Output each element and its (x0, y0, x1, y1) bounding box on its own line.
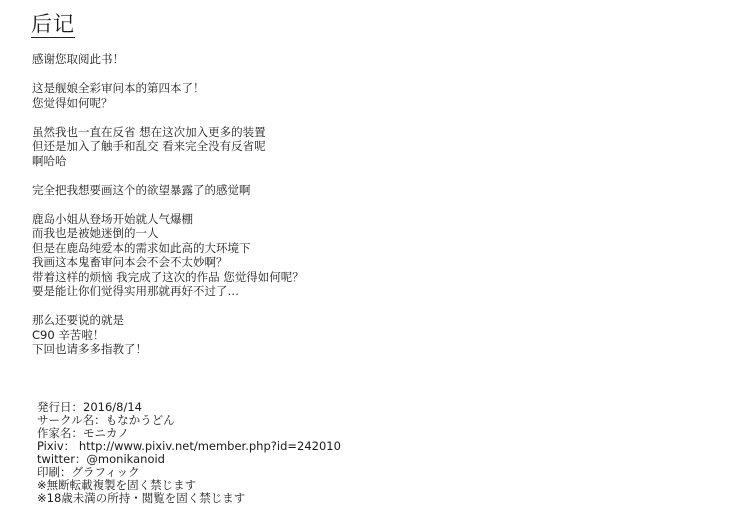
paragraph-closing: 那么还要说的就是 C90 辛苦啦！ 下回也请多多指教了！ (32, 313, 304, 357)
text-line: 但是在鹿岛纯爱本的需求如此高的大环境下 (32, 241, 304, 256)
age-restriction-notice: ※18歳未満の所持・閲覧を固く禁じます (37, 492, 341, 505)
text-line: 鹿岛小姐从登场开始就人气爆棚 (32, 212, 304, 227)
text-line: 要是能让你们觉得实用那就再好不过了… (32, 284, 304, 299)
text-line: 这是舰娘全彩审问本的第四本了！ (32, 81, 304, 96)
text-line: 但还是加入了触手和乱交 看来完全没有反省呢 (32, 139, 304, 154)
paragraph-kashima: 鹿岛小姐从登场开始就人气爆棚 而我也是被她迷倒的一人 但是在鹿岛纯爱本的需求如此… (32, 212, 304, 299)
afterword-body: 感谢您取阅此书！ 这是舰娘全彩审问本的第四本了！ 您觉得如何呢？ 虽然我也一直在… (32, 52, 304, 371)
text-line: 下回也请多多指教了！ (32, 342, 304, 357)
text-line: C90 辛苦啦！ (32, 328, 304, 343)
text-line: 那么还要说的就是 (32, 313, 304, 328)
colophon: 発行日：2016/8/14 サークル名：もなかうどん 作家名：モニカノ Pixi… (37, 401, 341, 505)
text-line: 啊哈哈 (32, 154, 304, 169)
paragraph-reflection: 虽然我也一直在反省 想在这次加入更多的装置 但还是加入了触手和乱交 看来完全没有… (32, 125, 304, 169)
text-line: 虽然我也一直在反省 想在这次加入更多的装置 (32, 125, 304, 140)
text-line: 您觉得如何呢？ (32, 96, 304, 111)
text-line: 我画这本鬼畜审问本会不会不太妙啊？ (32, 255, 304, 270)
text-line: 完全把我想要画这个的欲望暴露了的感觉啊 (32, 183, 304, 198)
paragraph-thanks: 感谢您取阅此书！ (32, 52, 304, 67)
text-line: 感谢您取阅此书！ (32, 52, 304, 67)
text-line: 而我也是被她迷倒的一人 (32, 226, 304, 241)
paragraph-fourth-book: 这是舰娘全彩审问本的第四本了！ 您觉得如何呢？ (32, 81, 304, 110)
page-title: 后记 (31, 12, 75, 38)
paragraph-desire: 完全把我想要画这个的欲望暴露了的感觉啊 (32, 183, 304, 198)
text-line: 带着这样的烦恼 我完成了这次的作品 您觉得如何呢？ (32, 270, 304, 285)
